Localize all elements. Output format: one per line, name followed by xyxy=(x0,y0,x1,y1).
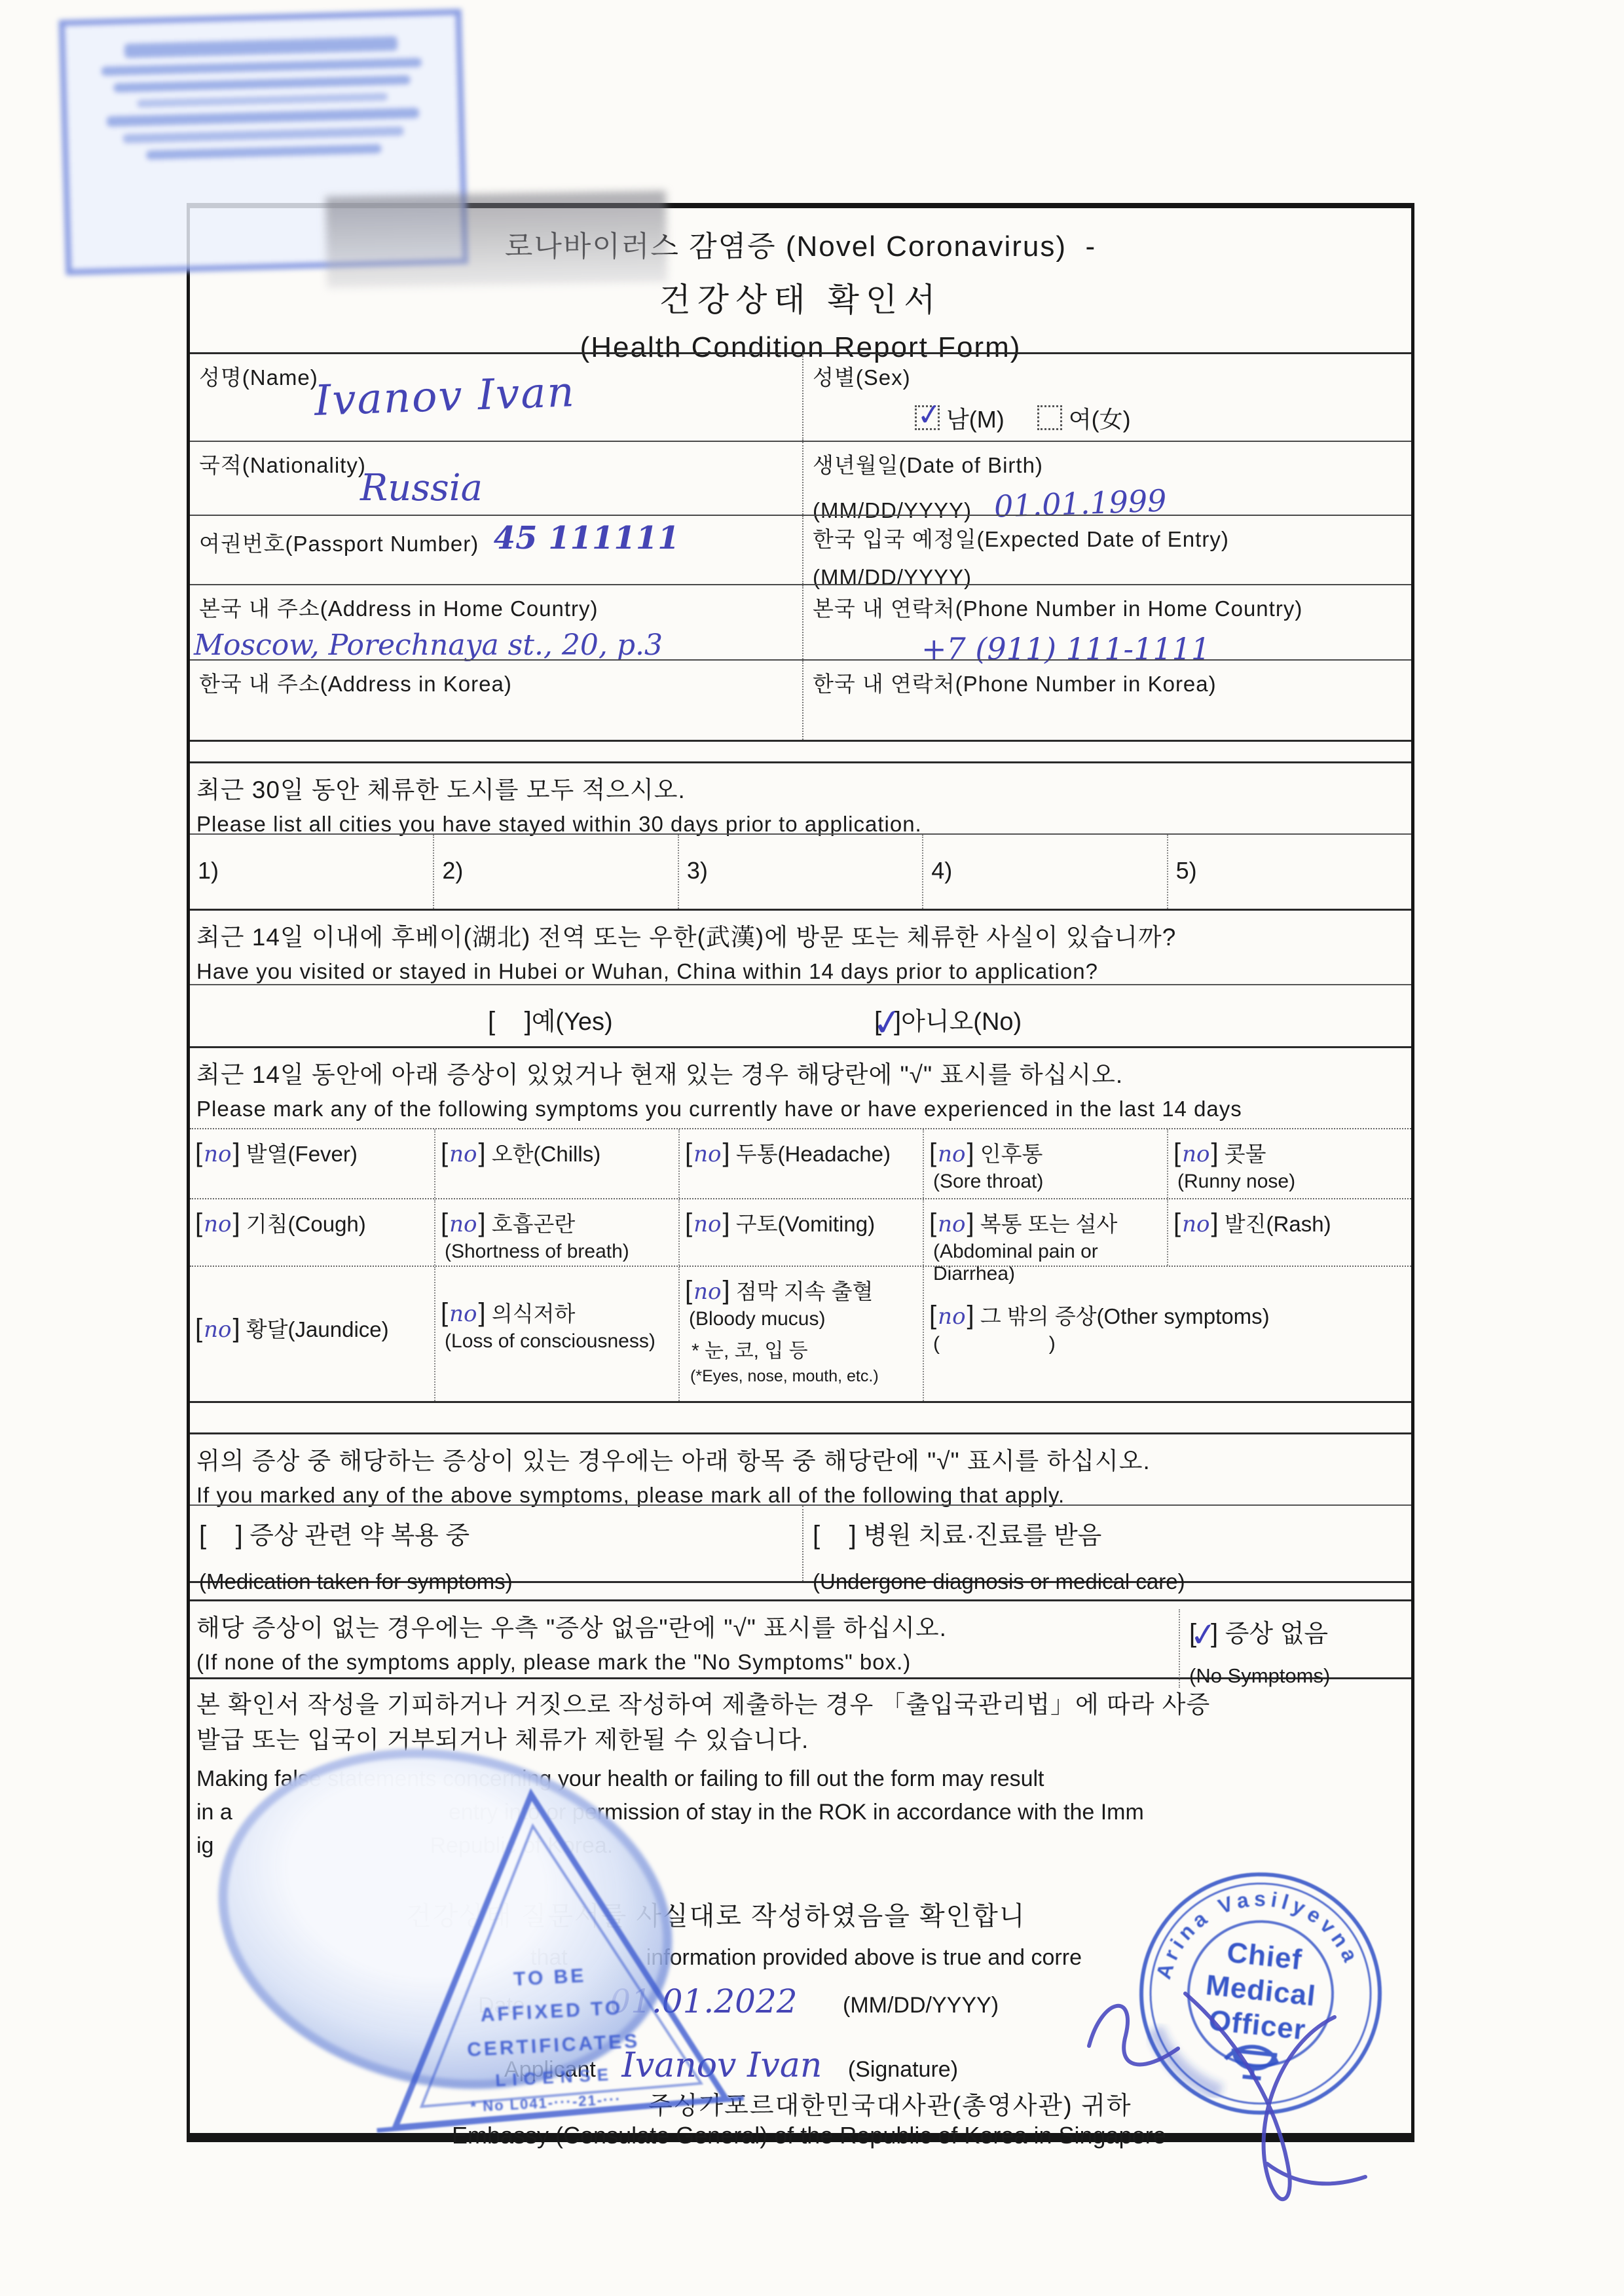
nationality-cell: 국적(Nationality) Russia xyxy=(190,442,803,515)
bracket: [ xyxy=(929,1139,936,1167)
entry-date-label: 한국 입국 예정일(Expected Date of Entry) xyxy=(813,522,1402,553)
sore-throat-mark: no xyxy=(936,1141,967,1167)
bracket: [ xyxy=(685,1276,692,1305)
bracket: ] xyxy=(723,1276,730,1305)
hubei-question-ko: 최근 14일 이내에 후베이(湖北) 전역 또는 우한(武漢)에 방문 또는 체… xyxy=(190,911,1411,953)
cough-mark: no xyxy=(202,1211,232,1237)
bracket: ] xyxy=(967,1209,974,1237)
sex-options: ✓ 남(M) 여(女) xyxy=(915,401,1131,435)
home-phone-cell: 본국 내 연락처(Phone Number in Home Country) +… xyxy=(803,585,1411,659)
sex-male-checkbox: ✓ xyxy=(915,405,940,430)
other-blank-parens: ( ) xyxy=(929,1330,1407,1355)
triangle-stamp-line1: TO BE xyxy=(513,1965,587,1990)
symptom-row-3: [no] 황달(Jaundice) [no] 의식저하 (Loss of con… xyxy=(190,1266,1411,1403)
city-slot-5: 5) xyxy=(1167,835,1411,909)
symptom-bloody-mucus: [no] 점막 지속 출혈 (Bloody mucus) * 눈, 코, 입 등… xyxy=(678,1267,923,1401)
fever-mark: no xyxy=(202,1141,232,1167)
hubei-answer-row: [ ]예(Yes) [✓]아니오(No) xyxy=(190,984,1411,1048)
symptom-abdominal: [no] 복통 또는 설사 (Abdominal pain or Diarrhe… xyxy=(923,1199,1167,1266)
cities-heading-ko: 최근 30일 동안 체류한 도시를 모두 적으시오. xyxy=(190,763,1411,805)
bracket: [ xyxy=(929,1209,936,1237)
short-breath-label-en: (Shortness of breath) xyxy=(441,1238,674,1263)
yes-empty-bracket: [ ] xyxy=(488,1007,532,1036)
sex-female-checkbox xyxy=(1037,405,1062,430)
chills-label: 오한(Chills) xyxy=(492,1142,600,1166)
name-handwritten-value: Ivanov Ivan xyxy=(314,368,576,426)
short-breath-label: 호흡곤란 xyxy=(492,1212,576,1236)
bracket: ] xyxy=(967,1139,974,1167)
name-cell: 성명(Name) Ivanov Ivan xyxy=(190,354,803,441)
sex-label: 성별(Sex) xyxy=(813,365,911,390)
nationality-label: 국적(Nationality) xyxy=(199,453,366,477)
symptoms-heading-ko: 최근 14일 동안에 아래 증상이 있었거나 현재 있는 경우 해당란에 "√"… xyxy=(190,1048,1411,1090)
bracket: [ xyxy=(685,1139,692,1167)
hubei-question: 최근 14일 이내에 후베이(湖北) 전역 또는 우한(武漢)에 방문 또는 체… xyxy=(190,909,1411,984)
dob-label: 생년월일(Date of Birth) xyxy=(813,448,1402,479)
symptom-fever: [no] 발열(Fever) xyxy=(190,1129,434,1198)
jaundice-label: 황달(Jaundice) xyxy=(246,1317,389,1341)
bloody-mucus-note-en: (*Eyes, nose, mouth, etc.) xyxy=(685,1363,919,1386)
name-label: 성명(Name) xyxy=(199,365,318,390)
bracket: ] xyxy=(478,1139,485,1167)
rash-label: 발진(Rash) xyxy=(1225,1212,1331,1236)
other-label: 그 밖의 증상(Other symptoms) xyxy=(980,1304,1270,1328)
symptom-sore-throat: [no] 인후통 (Sore throat) xyxy=(923,1129,1167,1198)
triangle-stamp-line2: AFFIXED TO xyxy=(480,1997,623,2026)
no-symptoms-box: [✓] 증상 없음 (No Symptoms) xyxy=(1179,1609,1422,1688)
hospital-label-ko: 병원 치료·진료를 받음 xyxy=(863,1522,1101,1550)
sex-cell: 성별(Sex) ✓ 남(M) 여(女) xyxy=(803,354,1411,441)
headache-label: 두통(Headache) xyxy=(736,1142,891,1166)
bracket: [ xyxy=(195,1209,202,1237)
row-korea-address-phone: 한국 내 주소(Address in Korea) 한국 내 연락처(Phone… xyxy=(190,659,1411,742)
medication-label-en: (Medication taken for symptoms) xyxy=(199,1551,793,1594)
sex-female-label: 여(女) xyxy=(1069,406,1131,433)
row-passport-entry: 여권번호(Passport Number) 45 111111 한국 입국 예정… xyxy=(190,515,1411,584)
city-slot-1: 1) xyxy=(190,835,433,909)
vomiting-mark: no xyxy=(692,1211,722,1237)
pen-signature xyxy=(1071,1948,1444,2229)
followup-heading-en: If you marked any of the above symptoms,… xyxy=(190,1476,1411,1508)
hospital-bracket: [ ] xyxy=(813,1521,857,1550)
bracket: [ xyxy=(441,1209,448,1237)
bracket: [ xyxy=(685,1209,692,1237)
symptom-jaundice: [no] 황달(Jaundice) xyxy=(190,1267,434,1401)
followup-heading: 위의 증상 중 해당하는 증상이 있는 경우에는 아래 항목 중 해당란에 "√… xyxy=(190,1432,1411,1504)
medication-cell: [ ] 증상 관련 약 복용 중 (Medication taken for s… xyxy=(190,1506,803,1581)
bracket: ] xyxy=(722,1139,729,1167)
bracket: ] xyxy=(722,1209,729,1237)
city-slot-3: 3) xyxy=(678,835,922,909)
other-mark: no xyxy=(936,1303,967,1330)
symptom-vomiting: [no] 구토(Vomiting) xyxy=(678,1199,923,1266)
korea-address-cell: 한국 내 주소(Address in Korea) xyxy=(190,661,803,740)
followup-heading-ko: 위의 증상 중 해당하는 증상이 있는 경우에는 아래 항목 중 해당란에 "√… xyxy=(190,1434,1411,1476)
bracket: ] xyxy=(1211,1139,1218,1167)
runny-nose-label: 콧물 xyxy=(1225,1142,1266,1166)
passport-cell: 여권번호(Passport Number) 45 111111 xyxy=(190,516,803,584)
korea-phone-cell: 한국 내 연락처(Phone Number in Korea) xyxy=(803,661,1411,740)
symptom-row-2: [no] 기침(Cough) [no] 호흡곤란 (Shortness of b… xyxy=(190,1198,1411,1266)
symptom-cough: [no] 기침(Cough) xyxy=(190,1199,434,1266)
symptom-rash: [no] 발진(Rash) xyxy=(1167,1199,1411,1266)
headache-mark: no xyxy=(692,1141,722,1167)
bracket: ] xyxy=(478,1209,485,1237)
yes-label: 예(Yes) xyxy=(532,1008,613,1036)
dob-cell: 생년월일(Date of Birth) (MM/DD/YYYY) 01.01.1… xyxy=(803,442,1411,515)
legal-ko-line1: 본 확인서 작성을 기피하거나 거짓으로 작성하여 제출하는 경우 「출입국관리… xyxy=(196,1691,1210,1718)
chills-mark: no xyxy=(448,1141,478,1167)
bracket: ] xyxy=(1211,1209,1218,1237)
symptom-other: [no] 그 밖의 증상(Other symptoms) ( ) xyxy=(923,1267,1411,1401)
passport-label: 여권번호(Passport Number) xyxy=(199,532,479,556)
bloody-mucus-note-ko: * 눈, 코, 입 등 xyxy=(685,1330,919,1363)
home-address-handwritten-value: Moscow, Porechnaya st., 20, p.3 xyxy=(194,629,663,662)
fever-label: 발열(Fever) xyxy=(246,1142,358,1166)
health-report-scan-page: 로나바이러스 감염증 (Novel Coronavirus) - 건강상태 확인… xyxy=(0,0,1624,2296)
symptom-runny-nose: [no] 콧물 (Runny nose) xyxy=(1167,1129,1411,1198)
no-checkmark: ✓ xyxy=(870,1000,906,1046)
home-phone-label: 본국 내 연락처(Phone Number in Home Country) xyxy=(813,596,1302,621)
home-address-cell: 본국 내 주소(Address in Home Country) Moscow,… xyxy=(190,585,803,659)
hubei-question-en: Have you visited or stayed in Hubei or W… xyxy=(190,953,1411,984)
city-slot-4: 4) xyxy=(922,835,1166,909)
medication-label-ko: 증상 관련 약 복용 중 xyxy=(249,1522,470,1550)
bloody-mucus-mark: no xyxy=(692,1279,722,1305)
hospital-care-cell: [ ] 병원 치료·진료를 받음 (Undergone diagnosis or… xyxy=(803,1506,1411,1581)
cities-slot-row: 1) 2) 3) 4) 5) xyxy=(190,833,1411,909)
cities-section-heading: 최근 30일 동안 체류한 도시를 모두 적으시오. Please list a… xyxy=(190,761,1411,833)
consciousness-label: 의식저하 xyxy=(492,1302,576,1326)
rash-mark: no xyxy=(1181,1211,1211,1237)
hubei-no-option: [✓]아니오(No) xyxy=(874,1001,1022,1044)
symptoms-heading: 최근 14일 동안에 아래 증상이 있었거나 현재 있는 경우 해당란에 "√"… xyxy=(190,1048,1411,1128)
row-home-address-phone: 본국 내 주소(Address in Home Country) Moscow,… xyxy=(190,584,1411,659)
no-symptoms-row: 해당 증상이 없는 경우에는 우측 "증상 없음"란에 "√" 표시를 하십시오… xyxy=(190,1599,1411,1679)
date-format: (MM/DD/YYYY) xyxy=(843,1993,999,2018)
male-checkmark: ✓ xyxy=(915,395,944,433)
triangle-stamp-line3: CERTIFICATES xyxy=(466,2030,640,2061)
bracket: ] xyxy=(233,1139,240,1167)
bracket: [ xyxy=(929,1301,936,1330)
row-name-sex: 성명(Name) Ivanov Ivan 성별(Sex) ✓ 남(M) 여(女) xyxy=(190,352,1411,441)
bloody-mucus-label: 점막 지속 출혈 xyxy=(736,1279,874,1303)
short-breath-mark: no xyxy=(448,1211,478,1237)
symptom-chills: [no] 오한(Chills) xyxy=(434,1129,678,1198)
cities-heading-en: Please list all cities you have stayed w… xyxy=(190,805,1411,837)
followup-cells: [ ] 증상 관련 약 복용 중 (Medication taken for s… xyxy=(190,1504,1411,1583)
sore-throat-label: 인후통 xyxy=(980,1142,1043,1166)
bracket: [ xyxy=(441,1139,448,1167)
bracket: [ xyxy=(195,1139,202,1167)
consciousness-label-en: (Loss of consciousness) xyxy=(441,1328,674,1353)
no-label: 아니오(No) xyxy=(901,1008,1022,1036)
cough-label: 기침(Cough) xyxy=(246,1212,366,1236)
legal-en-line3a: ig xyxy=(196,1833,213,1858)
symptom-headache: [no] 두통(Headache) xyxy=(678,1129,923,1198)
home-address-label: 본국 내 주소(Address in Home Country) xyxy=(199,596,599,621)
no-symptoms-ko: 해당 증상이 없는 경우에는 우측 "증상 없음"란에 "√" 표시를 하십시오… xyxy=(190,1601,1159,1643)
symptom-short-breath: [no] 호흡곤란 (Shortness of breath) xyxy=(434,1199,678,1266)
symptom-row-1: [no] 발열(Fever) [no] 오한(Chills) [no] 두통(H… xyxy=(190,1128,1411,1198)
runny-nose-label-en: (Runny nose) xyxy=(1173,1168,1407,1193)
medication-bracket: [ ] xyxy=(199,1521,243,1550)
legal-ko-line2: 발급 또는 입국이 거부되거나 체류가 제한될 수 있습니다. xyxy=(196,1726,809,1753)
triangle-stamp-line4: LICENSE xyxy=(495,2064,616,2090)
signature-label: (Signature) xyxy=(848,2057,958,2082)
bracket: [ xyxy=(1173,1139,1181,1167)
sore-throat-label-en: (Sore throat) xyxy=(929,1168,1163,1193)
vomiting-label: 구토(Vomiting) xyxy=(736,1212,875,1236)
bracket: [ xyxy=(1173,1209,1181,1237)
runny-nose-mark: no xyxy=(1181,1141,1211,1167)
korea-address-label: 한국 내 주소(Address in Korea) xyxy=(199,672,512,696)
bracket: ] xyxy=(233,1314,240,1343)
passport-handwritten-value: 45 111111 xyxy=(494,520,680,556)
bracket: ] xyxy=(233,1209,240,1237)
abdominal-mark: no xyxy=(936,1211,967,1237)
no-symptoms-en: (If none of the symptoms apply, please m… xyxy=(190,1643,1159,1675)
entry-date-cell: 한국 입국 예정일(Expected Date of Entry) (MM/DD… xyxy=(803,516,1411,584)
consciousness-mark: no xyxy=(448,1301,478,1327)
korea-phone-label: 한국 내 연락처(Phone Number in Korea) xyxy=(813,672,1217,696)
bracket: ] xyxy=(479,1298,486,1327)
no-symptoms-box-label-ko: 증상 없음 xyxy=(1225,1620,1328,1648)
hubei-yes-option: [ ]예(Yes) xyxy=(488,1001,613,1037)
abdominal-label: 복통 또는 설사 xyxy=(980,1212,1118,1236)
bracket: [ xyxy=(195,1314,202,1343)
row-nationality-dob: 국적(Nationality) Russia 생년월일(Date of Birt… xyxy=(190,441,1411,515)
no-symptoms-checkmark: ✓ xyxy=(1188,1614,1219,1655)
legal-en-line2a: in a xyxy=(196,1800,232,1825)
symptoms-heading-en: Please mark any of the following symptom… xyxy=(190,1090,1411,1121)
nationality-handwritten-value: Russia xyxy=(360,467,483,509)
hospital-label-en: (Undergone diagnosis or medical care) xyxy=(813,1551,1402,1594)
sex-male-label: 남(M) xyxy=(946,406,1005,433)
jaundice-mark: no xyxy=(202,1317,232,1343)
bracket: [ xyxy=(441,1298,448,1327)
blur-patch xyxy=(325,191,667,288)
bloody-mucus-label-en: (Bloody mucus) xyxy=(685,1305,919,1330)
bracket: ] xyxy=(967,1301,974,1330)
city-slot-2: 2) xyxy=(433,835,677,909)
triangle-license-stamp: TO BE AFFIXED TO CERTIFICATES LICENSE * … xyxy=(352,1753,748,2158)
symptom-consciousness: [no] 의식저하 (Loss of consciousness) xyxy=(434,1267,678,1401)
